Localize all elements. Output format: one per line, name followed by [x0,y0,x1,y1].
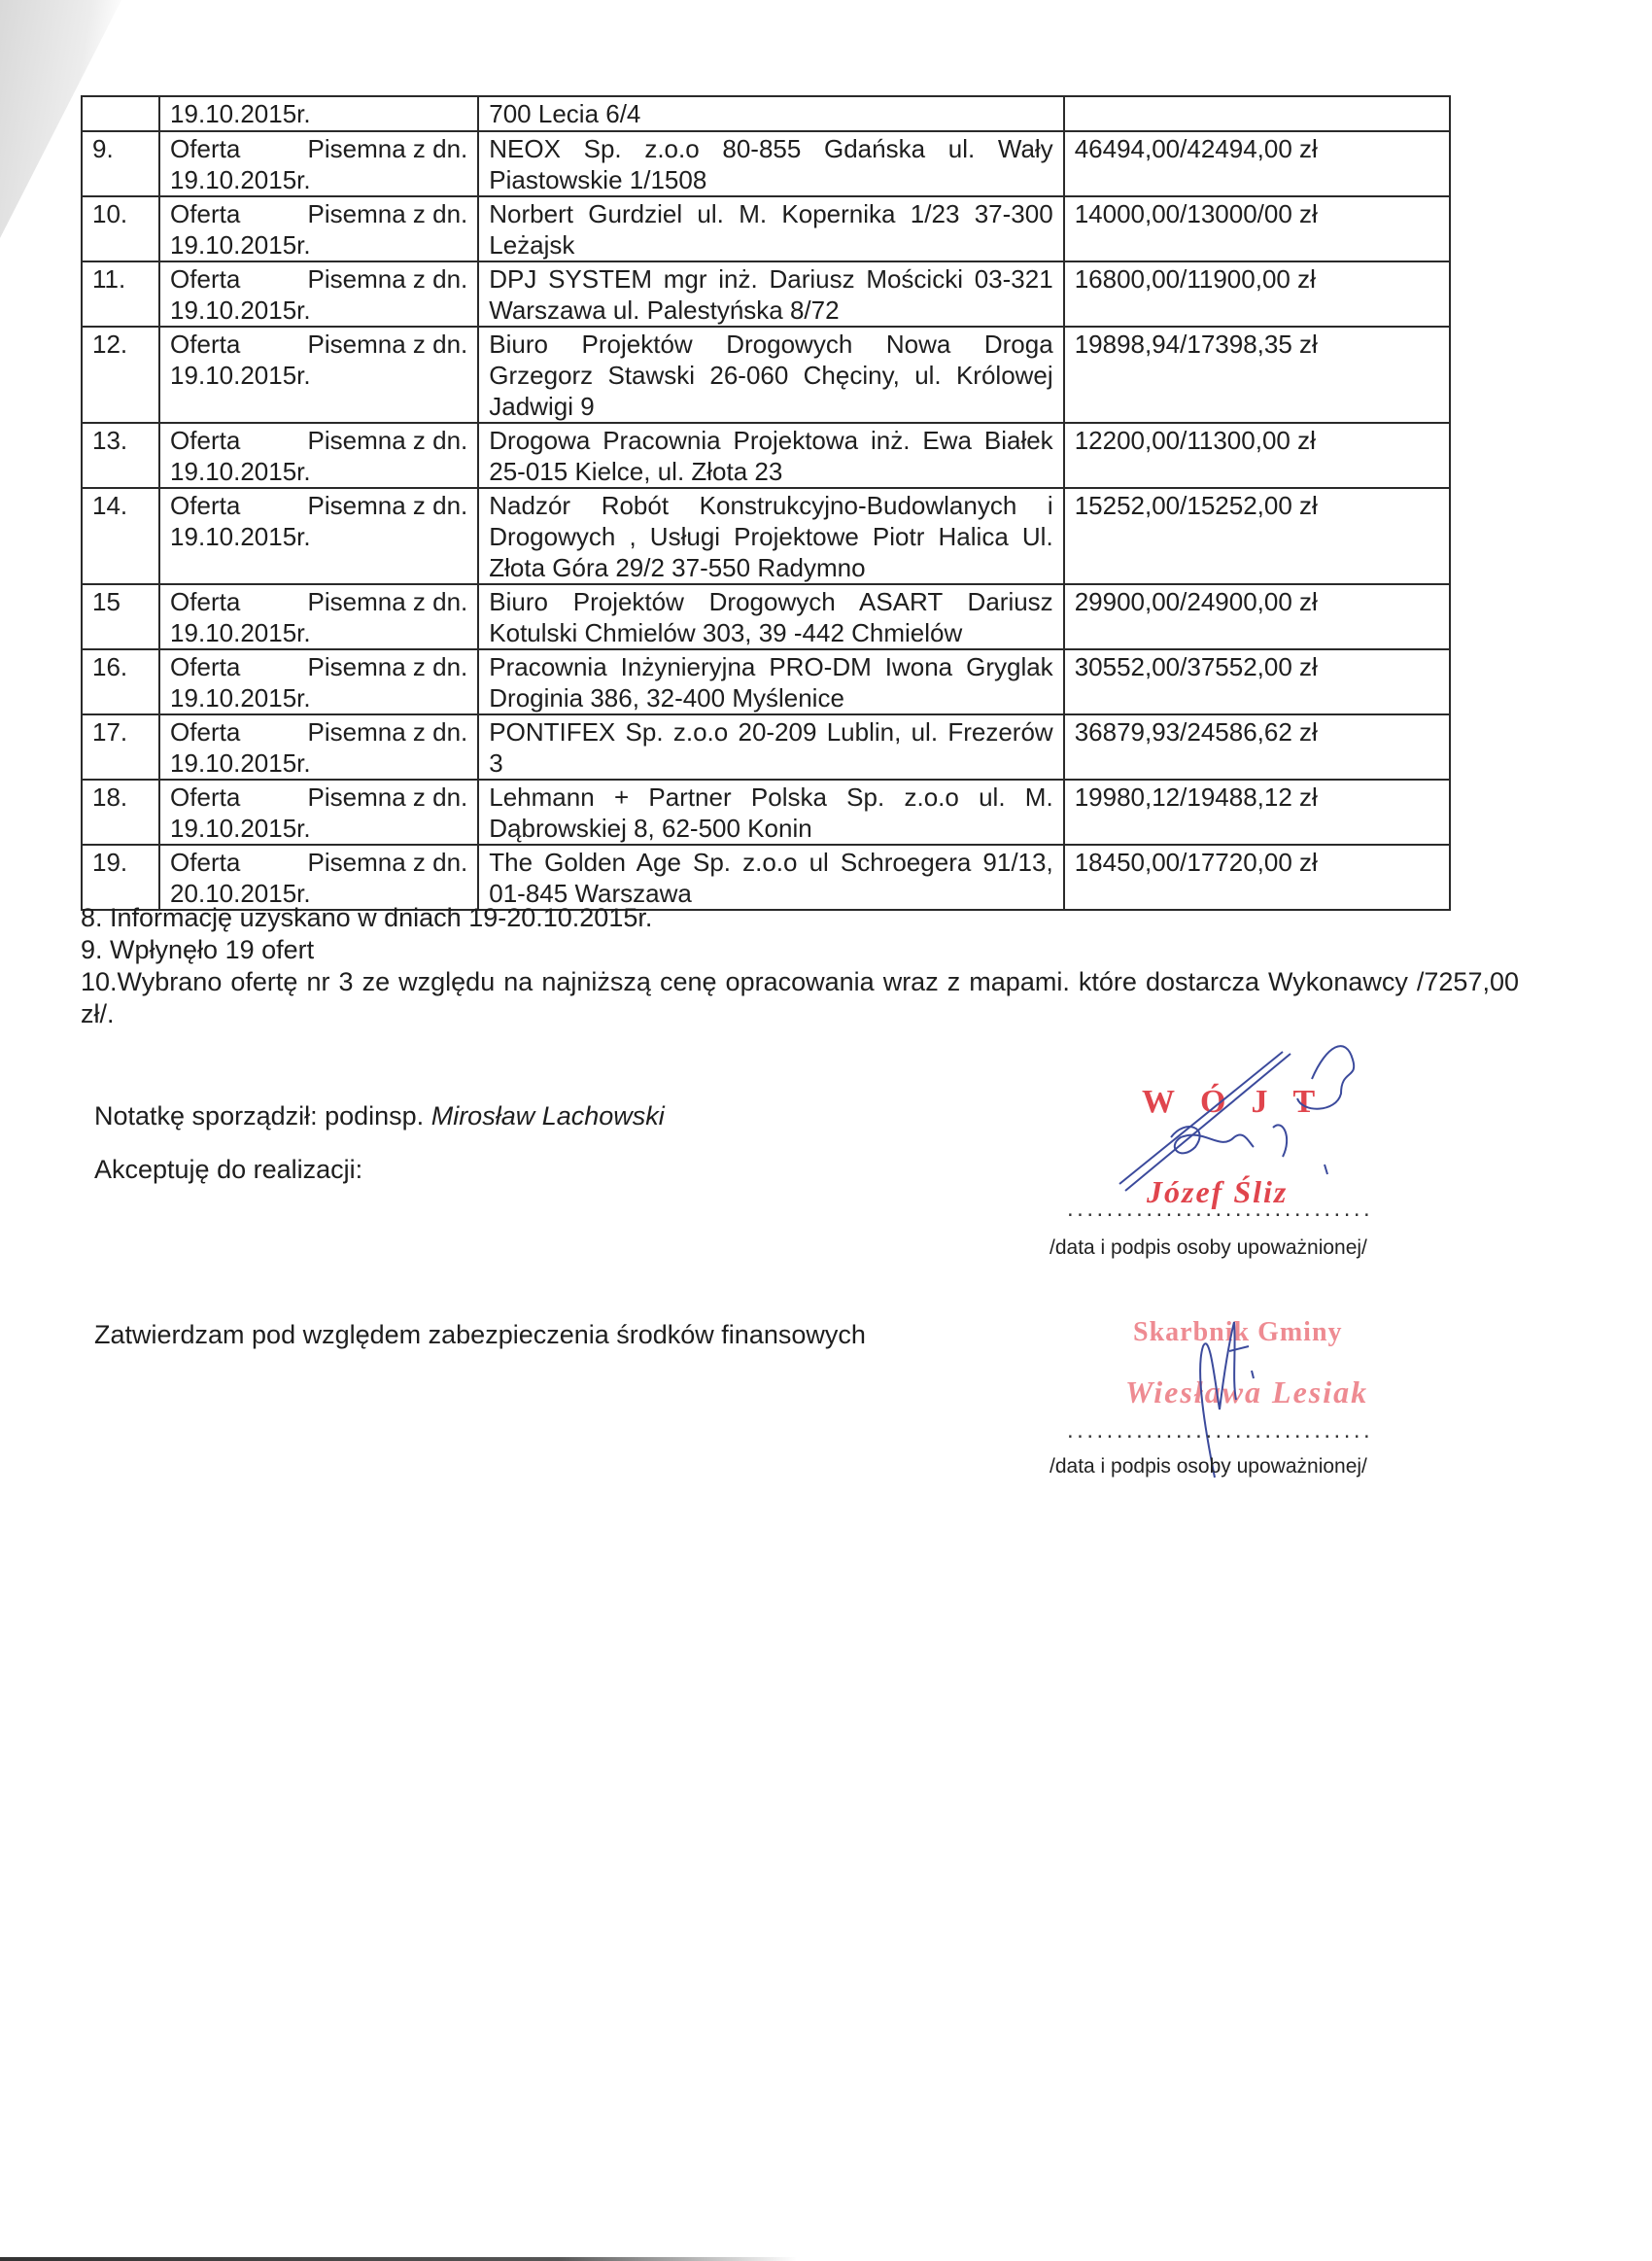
cell-no: 14. [82,488,159,584]
cell-type: OfertaPisemna z dn.19.10.2015r. [159,196,478,261]
cell-type: OfertaPisemna z dn.19.10.2015r. [159,584,478,649]
offer-date: 19.10.2015r. [170,360,467,391]
firm-text: Pracownia Inżynieryjna PRO-DM Iwona Gryg… [489,651,1052,713]
offers-table: 19.10.2015r. 700 Lecia 6/4 9. OfertaPise… [81,95,1451,911]
notes-section: 8. Informację uzyskano w dniach 19-20.10… [81,902,1519,1030]
cell-price: 19980,12/19488,12 zł [1064,780,1450,845]
table-row: 17. OfertaPisemna z dn.19.10.2015r. PONT… [82,714,1450,780]
offer-date: 19.10.2015r. [170,164,467,195]
cell-price: 16800,00/11900,00 zł [1064,261,1450,327]
table-row: 16. OfertaPisemna z dn.19.10.2015r. Prac… [82,649,1450,714]
cell-firm: Biuro Projektów Drogowych Nowa Droga Grz… [478,327,1063,423]
type-label: Oferta [170,782,240,813]
cell-no: 10. [82,196,159,261]
cell-no [82,96,159,131]
signature-dotted-line: ............................... [1067,1417,1373,1444]
cell-price: 14000,00/13000/00 zł [1064,196,1450,261]
cell-no: 18. [82,780,159,845]
signature-caption: /data i podpis osoby upoważnionej/ [1050,1236,1367,1260]
type-suffix: Pisemna z dn. [308,586,468,617]
cell-type: OfertaPisemna z dn.19.10.2015r. [159,327,478,423]
firm-text: Lehmann + Partner Polska Sp. z.o.o ul. M… [489,782,1052,844]
offer-date: 19.10.2015r. [170,229,467,261]
cell-price: 19898,94/17398,35 zł [1064,327,1450,423]
firm-text: PONTIFEX Sp. z.o.o 20-209 Lublin, ul. Fr… [489,716,1052,779]
table-row: 14. OfertaPisemna z dn.19.10.2015r. Nadz… [82,488,1450,584]
type-label: Oferta [170,586,240,617]
cell-type: OfertaPisemna z dn.19.10.2015r. [159,131,478,196]
cell-firm: Lehmann + Partner Polska Sp. z.o.o ul. M… [478,780,1063,845]
firm-text: Biuro Projektów Drogowych ASART Dariusz … [489,586,1052,648]
cell-price: 36879,93/24586,62 zł [1064,714,1450,780]
cell-price: 46494,00/42494,00 zł [1064,131,1450,196]
cell-firm: 700 Lecia 6/4 [478,96,1063,131]
cell-no: 12. [82,327,159,423]
firm-text: DPJ SYSTEM mgr inż. Dariusz Mościcki 03-… [489,263,1052,326]
table-row: 18. OfertaPisemna z dn.19.10.2015r. Lehm… [82,780,1450,845]
table-row: 13. OfertaPisemna z dn.19.10.2015r. Drog… [82,423,1450,488]
cell-type: OfertaPisemna z dn.19.10.2015r. [159,649,478,714]
type-label: Oferta [170,716,240,748]
signature-block-skarbnik: Skarbnik Gminy Wiesława Lesiak .........… [1050,1293,1458,1497]
approve-finance-label: Zatwierdzam pod względem zabezpieczenia … [94,1320,866,1350]
cell-firm: Biuro Projektów Drogowych ASART Dariusz … [478,584,1063,649]
type-label: Oferta [170,490,240,521]
cell-firm: The Golden Age Sp. z.o.o ul Schroegera 9… [478,845,1063,910]
scan-bottom-edge [0,2257,797,2261]
cell-firm: DPJ SYSTEM mgr inż. Dariusz Mościcki 03-… [478,261,1063,327]
type-suffix: Pisemna z dn. [308,425,468,456]
table-row: 11. OfertaPisemna z dn.19.10.2015r. DPJ … [82,261,1450,327]
prepared-by-name: Mirosław Lachowski [431,1101,665,1130]
type-suffix: Pisemna z dn. [308,782,468,813]
signature-dotted-line: ............................... [1067,1196,1373,1223]
cell-no: 17. [82,714,159,780]
cell-type-date: 19.10.2015r. [159,96,478,131]
note-item-8: 8. Informację uzyskano w dniach 19-20.10… [81,902,1519,934]
cell-price: 18450,00/17720,00 zł [1064,845,1450,910]
note-item-9: 9. Wpłynęło 19 ofert [81,934,1519,966]
type-label: Oferta [170,651,240,682]
offer-date: 19.10.2015r. [170,295,467,326]
cell-price: 15252,00/15252,00 zł [1064,488,1450,584]
type-label: Oferta [170,198,240,229]
type-label: Oferta [170,263,240,295]
cell-type: OfertaPisemna z dn.19.10.2015r. [159,714,478,780]
type-suffix: Pisemna z dn. [308,263,468,295]
signature-block-wojt: WÓJT Józef Śliz ........................… [1050,1040,1458,1273]
accept-label: Akceptuję do realizacji: [94,1155,362,1185]
cell-price: 29900,00/24900,00 zł [1064,584,1450,649]
cell-type: OfertaPisemna z dn.19.10.2015r. [159,488,478,584]
firm-text: NEOX Sp. z.o.o 80-855 Gdańska ul. Wały P… [489,133,1052,195]
cell-no: 13. [82,423,159,488]
offer-date: 19.10.2015r. [170,813,467,844]
prepared-by-line: Notatkę sporządził: podinsp. Mirosław La… [94,1101,665,1131]
type-suffix: Pisemna z dn. [308,651,468,682]
cell-firm: PONTIFEX Sp. z.o.o 20-209 Lublin, ul. Fr… [478,714,1063,780]
type-suffix: Pisemna z dn. [308,133,468,164]
firm-text: Norbert Gurdziel ul. M. Kopernika 1/23 3… [489,198,1052,261]
type-label: Oferta [170,847,240,878]
cell-no: 15 [82,584,159,649]
signature-caption: /data i podpis osoby upoważnionej/ [1050,1455,1367,1478]
cell-firm: Nadzór Robót Konstrukcyjno-Budowlanych i… [478,488,1063,584]
cell-no: 9. [82,131,159,196]
type-label: Oferta [170,133,240,164]
firm-text: Drogowa Pracownia Projektowa inż. Ewa Bi… [489,425,1052,487]
offer-date: 19.10.2015r. [170,682,467,713]
type-suffix: Pisemna z dn. [308,329,468,360]
offer-date: 19.10.2015r. [170,456,467,487]
firm-text: Nadzór Robót Konstrukcyjno-Budowlanych i… [489,490,1052,583]
table-row: 15 OfertaPisemna z dn.19.10.2015r. Biuro… [82,584,1450,649]
type-suffix: Pisemna z dn. [308,198,468,229]
cell-price [1064,96,1450,131]
firm-text: The Golden Age Sp. z.o.o ul Schroegera 9… [489,847,1052,909]
cell-price: 12200,00/11300,00 zł [1064,423,1450,488]
cell-type: OfertaPisemna z dn.19.10.2015r. [159,423,478,488]
offer-date: 19.10.2015r. [170,521,467,552]
cell-price: 30552,00/37552,00 zł [1064,649,1450,714]
cell-no: 19. [82,845,159,910]
note-item-10: 10.Wybrano ofertę nr 3 ze względu na naj… [81,966,1519,1030]
type-suffix: Pisemna z dn. [308,716,468,748]
table-row: 19. OfertaPisemna z dn.20.10.2015r. The … [82,845,1450,910]
prepared-by-label: Notatkę sporządził: podinsp. [94,1101,424,1130]
cell-no: 11. [82,261,159,327]
table-row-continuation: 19.10.2015r. 700 Lecia 6/4 [82,96,1450,131]
type-suffix: Pisemna z dn. [308,847,468,878]
type-label: Oferta [170,425,240,456]
type-label: Oferta [170,329,240,360]
cell-type: OfertaPisemna z dn.19.10.2015r. [159,780,478,845]
table-row: 9. OfertaPisemna z dn.19.10.2015r. NEOX … [82,131,1450,196]
cell-no: 16. [82,649,159,714]
type-suffix: Pisemna z dn. [308,490,468,521]
cell-firm: Norbert Gurdziel ul. M. Kopernika 1/23 3… [478,196,1063,261]
cell-firm: Pracownia Inżynieryjna PRO-DM Iwona Gryg… [478,649,1063,714]
cell-firm: Drogowa Pracownia Projektowa inż. Ewa Bi… [478,423,1063,488]
table-row: 10. OfertaPisemna z dn.19.10.2015r. Norb… [82,196,1450,261]
cell-type: OfertaPisemna z dn.20.10.2015r. [159,845,478,910]
cell-firm: NEOX Sp. z.o.o 80-855 Gdańska ul. Wały P… [478,131,1063,196]
offer-date: 19.10.2015r. [170,748,467,779]
table-row: 12. OfertaPisemna z dn.19.10.2015r. Biur… [82,327,1450,423]
cell-type: OfertaPisemna z dn.19.10.2015r. [159,261,478,327]
offer-date: 19.10.2015r. [170,617,467,648]
firm-text: Biuro Projektów Drogowych Nowa Droga Grz… [489,329,1052,422]
